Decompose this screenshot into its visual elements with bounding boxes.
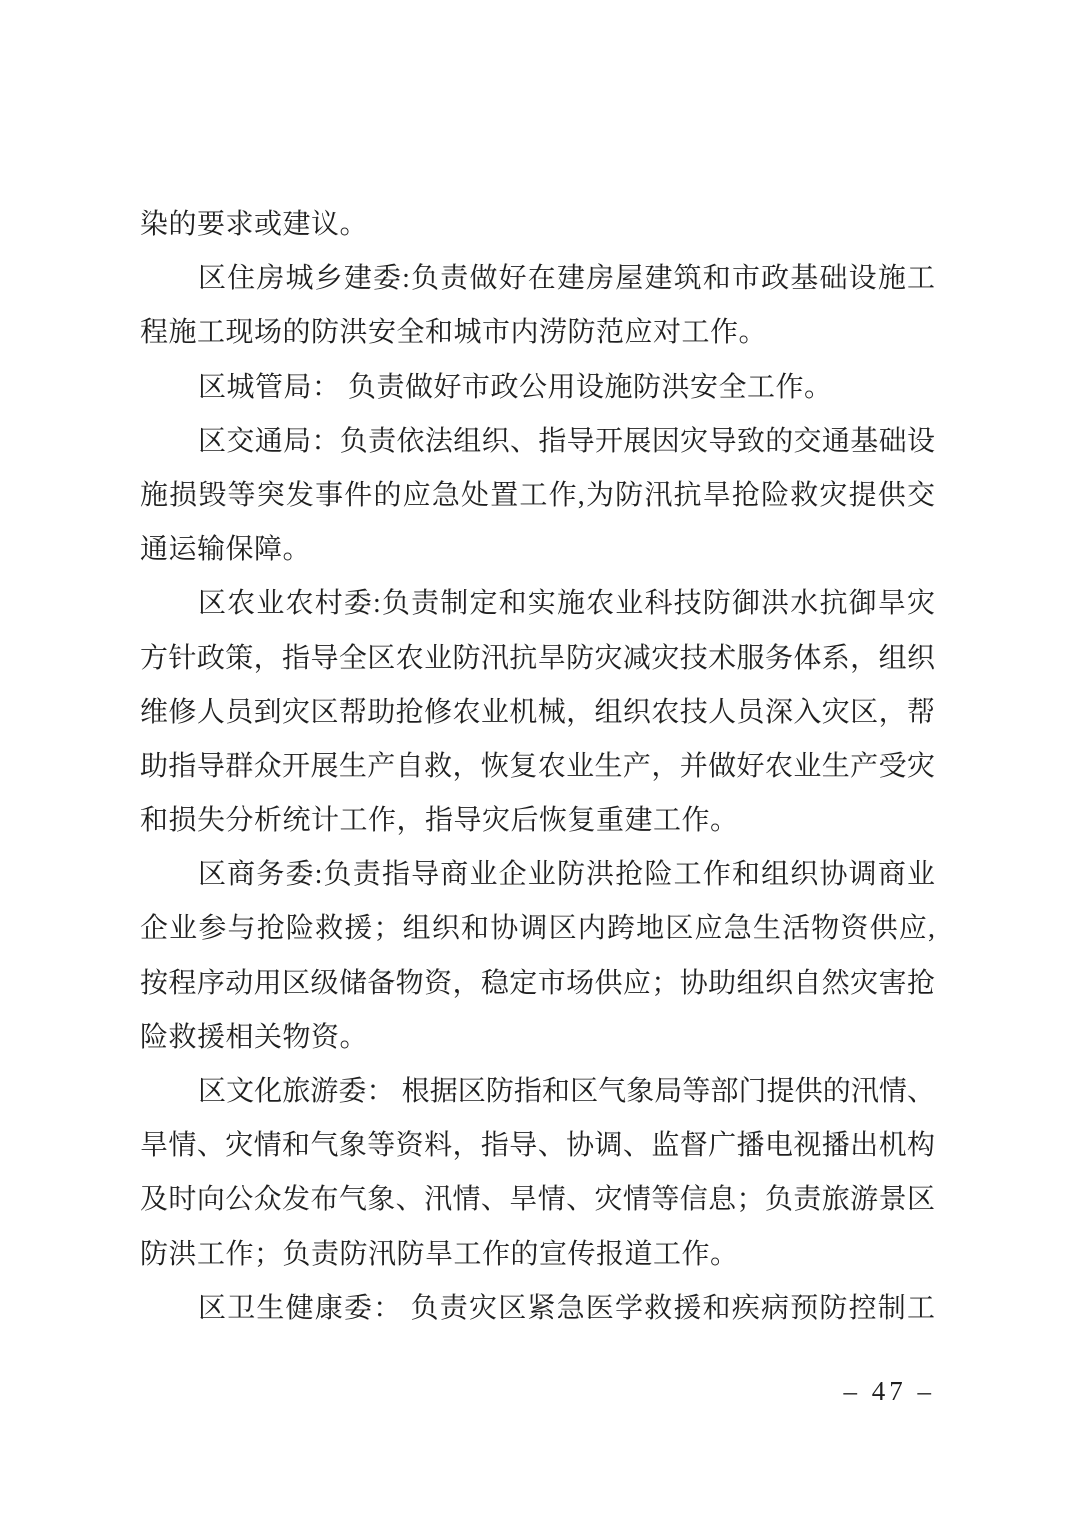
text-line: 区文化旅游委： 根据区防指和区气象局等部门提供的汛情、	[140, 1065, 935, 1119]
text-line: 染的要求或建议。	[140, 198, 935, 252]
text-line: 区住房城乡建委:负责做好在建房屋建筑和市政基础设施工	[140, 252, 935, 306]
text-line: 通运输保障。	[140, 523, 935, 577]
document-page: 染的要求或建议。 区住房城乡建委:负责做好在建房屋建筑和市政基础设施工 程施工现…	[0, 0, 1074, 1520]
text-line: 区交通局：负责依法组织、指导开展因灾导致的交通基础设	[140, 415, 935, 469]
text-line: 险救援相关物资。	[140, 1011, 935, 1065]
text-line: 防洪工作；负责防汛防旱工作的宣传报道工作。	[140, 1228, 935, 1282]
text-line: 及时向公众发布气象、汛情、旱情、灾情等信息；负责旅游景区	[140, 1173, 935, 1227]
document-body: 染的要求或建议。 区住房城乡建委:负责做好在建房屋建筑和市政基础设施工 程施工现…	[140, 198, 935, 1336]
text-line: 企业参与抢险救援；组织和协调区内跨地区应急生活物资供应,	[140, 902, 935, 956]
text-line: 和损失分析统计工作，指导灾后恢复重建工作。	[140, 794, 935, 848]
text-line: 区农业农村委:负责制定和实施农业科技防御洪水抗御旱灾	[140, 577, 935, 631]
text-line: 维修人员到灾区帮助抢修农业机械，组织农技人员深入灾区，帮	[140, 686, 935, 740]
text-line: 区商务委:负责指导商业企业防洪抢险工作和组织协调商业	[140, 848, 935, 902]
text-line: 按程序动用区级储备物资，稳定市场供应；协助组织自然灾害抢	[140, 957, 935, 1011]
text-line: 方针政策，指导全区农业防汛抗旱防灾减灾技术服务体系，组织	[140, 632, 935, 686]
text-line: 区城管局： 负责做好市政公用设施防洪安全工作。	[140, 361, 935, 415]
text-line: 区卫生健康委： 负责灾区紧急医学救援和疾病预防控制工	[140, 1282, 935, 1336]
text-line: 施损毁等突发事件的应急处置工作,为防汛抗旱抢险救灾提供交	[140, 469, 935, 523]
text-line: 程施工现场的防洪安全和城市内涝防范应对工作。	[140, 306, 935, 360]
text-line: 旱情、灾情和气象等资料，指导、协调、监督广播电视播出机构	[140, 1119, 935, 1173]
text-line: 助指导群众开展生产自救，恢复农业生产，并做好农业生产受灾	[140, 740, 935, 794]
page-number: – 47 –	[844, 1376, 936, 1407]
